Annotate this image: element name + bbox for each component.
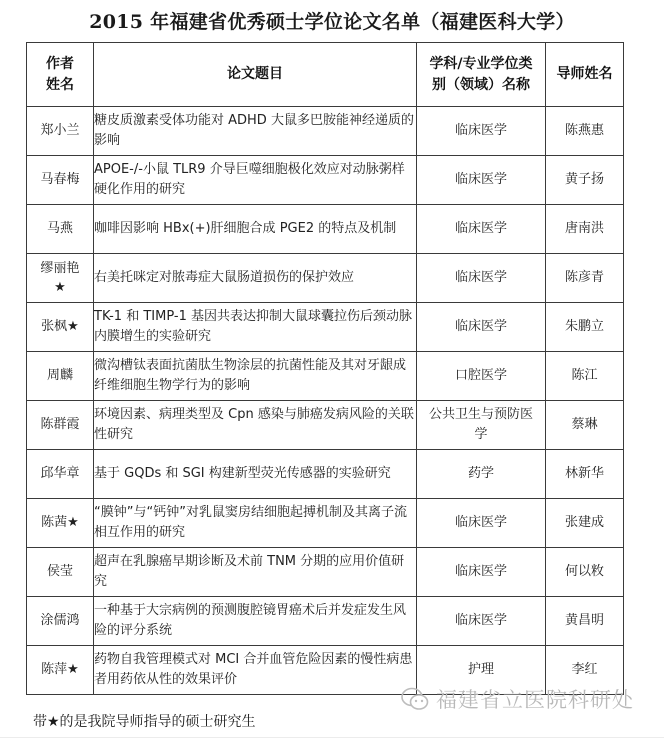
author-cell: 涂儒鸿 (27, 597, 94, 646)
field-cell: 临床医学 (417, 548, 546, 597)
divider (0, 737, 664, 738)
advisor-cell: 黄子扬 (546, 156, 624, 205)
author-cell: 陈群霞 (27, 401, 94, 450)
wechat-icon (400, 686, 430, 712)
header-author-line2: 姓名 (27, 75, 93, 96)
watermark: 福建省立医院科研处 (400, 684, 634, 714)
field-cell: 临床医学 (417, 597, 546, 646)
author-cell: 侯莹 (27, 548, 94, 597)
field-cell: 临床医学 (417, 205, 546, 254)
author-cell: 马春梅 (27, 156, 94, 205)
table-row: 缪丽艳★ 右美托咪定对脓毒症大鼠肠道损伤的保护效应 临床医学 陈彦青 (27, 254, 624, 303)
field-cell: 临床医学 (417, 254, 546, 303)
table-row: 郑小兰 糖皮质激素受体功能对 ADHD 大鼠多巴胺能神经递质的影响 临床医学 陈… (27, 107, 624, 156)
field-cell: 口腔医学 (417, 352, 546, 401)
header-field-line2: 别（领域）名称 (417, 75, 545, 96)
thesis-cell: 一种基于大宗病例的预测腹腔镜胃癌术后并发症发生风险的评分系统 (94, 597, 417, 646)
header-author-line1: 作者 (27, 54, 93, 75)
header-advisor: 导师姓名 (546, 43, 624, 107)
table-row: 马燕 咖啡因影响 HBx(+)肝细胞合成 PGE2 的特点及机制 临床医学 唐南… (27, 205, 624, 254)
header-field: 学科/专业学位类 别（领域）名称 (417, 43, 546, 107)
table-row: 陈群霞 环境因素、病理类型及 Cpn 感染与肺癌发病风险的关联性研究 公共卫生与… (27, 401, 624, 450)
advisor-cell: 朱鹏立 (546, 303, 624, 352)
field-cell: 临床医学 (417, 499, 546, 548)
thesis-cell: TK-1 和 TIMP-1 基因共表达抑制大鼠球囊拉伤后颈动脉内膜增生的实验研究 (94, 303, 417, 352)
advisor-cell: 陈江 (546, 352, 624, 401)
field-cell: 临床医学 (417, 107, 546, 156)
author-cell: 张枫★ (27, 303, 94, 352)
thesis-cell: “膜钟”与“钙钟”对乳鼠窦房结细胞起搏机制及其离子流相互作用的研究 (94, 499, 417, 548)
author-cell: 陈茜★ (27, 499, 94, 548)
author-cell: 缪丽艳★ (27, 254, 94, 303)
thesis-cell: 药物自我管理模式对 MCI 合并血管危险因素的慢性病患者用药依从性的效果评价 (94, 646, 417, 695)
table-row: 马春梅 APOE-/-小鼠 TLR9 介导巨噬细胞极化效应对动脉粥样硬化作用的研… (27, 156, 624, 205)
thesis-cell: 咖啡因影响 HBx(+)肝细胞合成 PGE2 的特点及机制 (94, 205, 417, 254)
advisor-cell: 何以敉 (546, 548, 624, 597)
field-cell: 公共卫生与预防医学 (417, 401, 546, 450)
table-row: 侯莹 超声在乳腺癌早期诊断及术前 TNM 分期的应用价值研究 临床医学 何以敉 (27, 548, 624, 597)
advisor-cell: 林新华 (546, 450, 624, 499)
table-header-row: 作者 姓名 论文题目 学科/专业学位类 别（领域）名称 导师姓名 (27, 43, 624, 107)
footnote: 带★的是我院导师指导的硕士研究生 (33, 711, 256, 731)
advisor-cell: 陈燕惠 (546, 107, 624, 156)
watermark-text: 福建省立医院科研处 (436, 684, 634, 714)
author-cell: 陈萍★ (27, 646, 94, 695)
field-cell: 药学 (417, 450, 546, 499)
advisor-cell: 唐南洪 (546, 205, 624, 254)
page-title: 2015 年福建省优秀硕士学位论文名单（福建医科大学） (0, 7, 664, 34)
header-thesis: 论文题目 (94, 43, 417, 107)
thesis-list-table: 作者 姓名 论文题目 学科/专业学位类 别（领域）名称 导师姓名 郑小兰 糖皮质… (26, 42, 624, 695)
table-row: 陈茜★ “膜钟”与“钙钟”对乳鼠窦房结细胞起搏机制及其离子流相互作用的研究 临床… (27, 499, 624, 548)
table-row: 周麟 微沟槽钛表面抗菌肽生物涂层的抗菌性能及其对牙龈成纤维细胞生物学行为的影响 … (27, 352, 624, 401)
table-row: 涂儒鸿 一种基于大宗病例的预测腹腔镜胃癌术后并发症发生风险的评分系统 临床医学 … (27, 597, 624, 646)
advisor-cell: 蔡琳 (546, 401, 624, 450)
table-row: 张枫★ TK-1 和 TIMP-1 基因共表达抑制大鼠球囊拉伤后颈动脉内膜增生的… (27, 303, 624, 352)
field-cell: 临床医学 (417, 156, 546, 205)
header-field-line1: 学科/专业学位类 (417, 54, 545, 75)
thesis-cell: 微沟槽钛表面抗菌肽生物涂层的抗菌性能及其对牙龈成纤维细胞生物学行为的影响 (94, 352, 417, 401)
thesis-cell: 超声在乳腺癌早期诊断及术前 TNM 分期的应用价值研究 (94, 548, 417, 597)
field-cell: 临床医学 (417, 303, 546, 352)
thesis-cell: 右美托咪定对脓毒症大鼠肠道损伤的保护效应 (94, 254, 417, 303)
author-cell: 邱华章 (27, 450, 94, 499)
table-row: 邱华章 基于 GQDs 和 SGI 构建新型荧光传感器的实验研究 药学 林新华 (27, 450, 624, 499)
thesis-cell: 环境因素、病理类型及 Cpn 感染与肺癌发病风险的关联性研究 (94, 401, 417, 450)
author-cell: 周麟 (27, 352, 94, 401)
header-author: 作者 姓名 (27, 43, 94, 107)
thesis-cell: APOE-/-小鼠 TLR9 介导巨噬细胞极化效应对动脉粥样硬化作用的研究 (94, 156, 417, 205)
thesis-cell: 基于 GQDs 和 SGI 构建新型荧光传感器的实验研究 (94, 450, 417, 499)
author-cell: 郑小兰 (27, 107, 94, 156)
advisor-cell: 陈彦青 (546, 254, 624, 303)
author-cell: 马燕 (27, 205, 94, 254)
advisor-cell: 黄昌明 (546, 597, 624, 646)
advisor-cell: 张建成 (546, 499, 624, 548)
thesis-cell: 糖皮质激素受体功能对 ADHD 大鼠多巴胺能神经递质的影响 (94, 107, 417, 156)
